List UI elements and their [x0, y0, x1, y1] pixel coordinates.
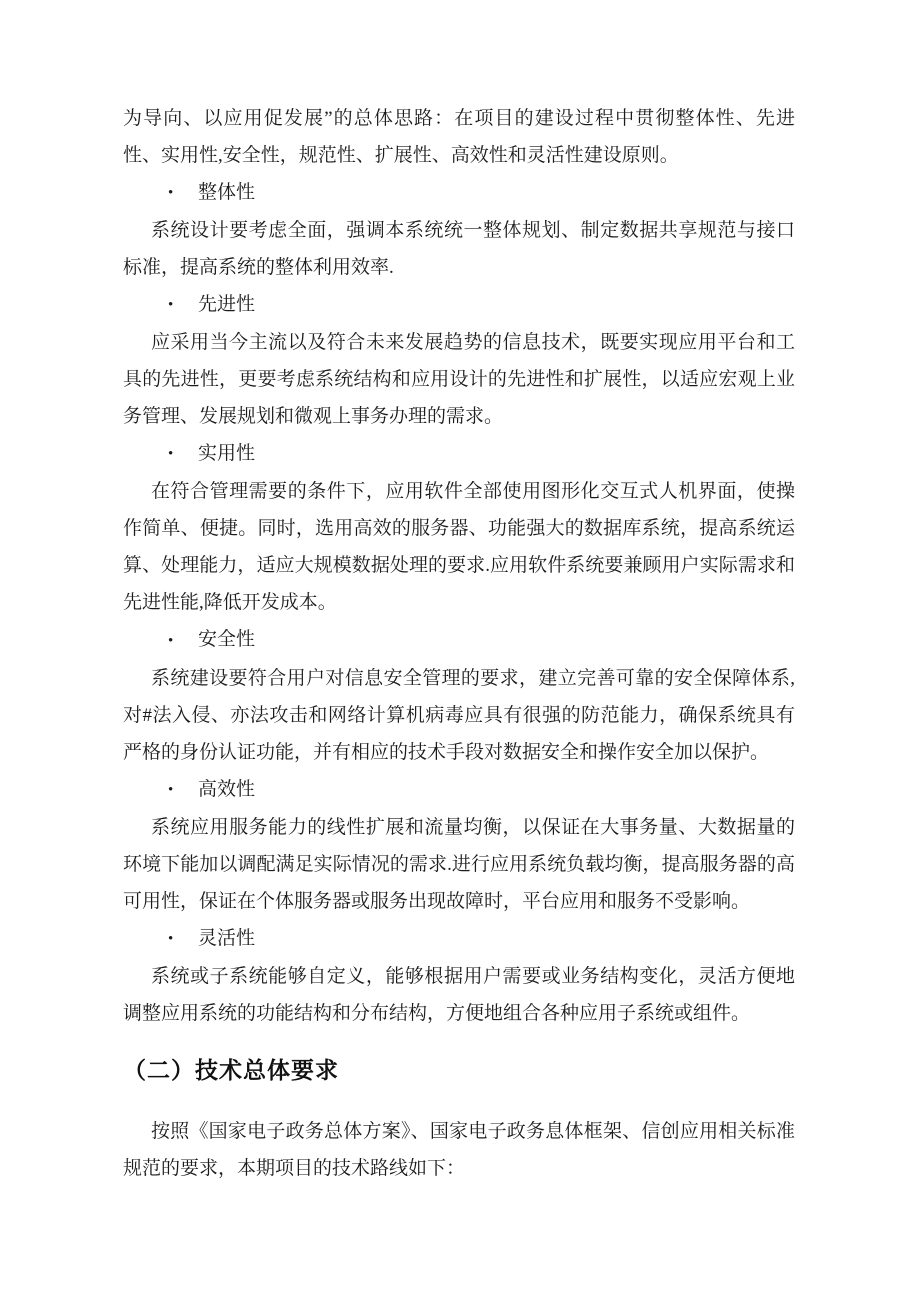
- document-page: 为导向、以应用促发展”的总体思路：在项目的建设过程中贯彻整体性、先进性、实用性,…: [0, 0, 920, 1301]
- paragraph-efficiency: 系统应用服务能力的线性扩展和流量均衡，以保证在大事务量、大数据量的环境下能加以调…: [123, 809, 795, 920]
- bullet-item-flexibility: •灵活性: [123, 920, 795, 958]
- bullet-dot-icon: •: [168, 772, 198, 809]
- bullet-label: 整体性: [198, 182, 255, 203]
- bullet-item-integrity: •整体性: [123, 174, 795, 212]
- section-heading-technical-requirements: （二）技术总体要求: [123, 1052, 795, 1089]
- bullet-label: 安全性: [198, 629, 255, 650]
- bullet-dot-icon: •: [168, 623, 198, 660]
- bullet-dot-icon: •: [168, 921, 198, 958]
- bullet-item-efficiency: •高效性: [123, 771, 795, 809]
- bullet-label: 实用性: [198, 443, 255, 464]
- bullet-label: 灵活性: [198, 928, 255, 949]
- bullet-item-security: •安全性: [123, 621, 795, 659]
- paragraph-flexibility: 系统或子系统能够自定义，能够根据用户需要或业务结构变化，灵活方便地调整应用系统的…: [123, 958, 795, 1032]
- paragraph-security: 系统建设要符合用户对信息安全管理的要求，建立完善可靠的安全保障体系,对#法入侵、…: [123, 660, 795, 771]
- bullet-dot-icon: •: [168, 287, 198, 324]
- bullet-label: 高效性: [198, 779, 255, 800]
- paragraph-integrity: 系统设计要考虑全面，强调本系统统一整体规划、制定数据共享规范与接口标准，提高系统…: [123, 212, 795, 286]
- bullet-dot-icon: •: [168, 436, 198, 473]
- bullet-label: 先进性: [198, 294, 255, 315]
- bullet-dot-icon: •: [168, 175, 198, 212]
- paragraph-principles-intro: 为导向、以应用促发展”的总体思路：在项目的建设过程中贯彻整体性、先进性、实用性,…: [123, 100, 795, 174]
- paragraph-advancement: 应采用当今主流以及符合未来发展趋势的信息技术，既要实现应用平台和工具的先进性，更…: [123, 324, 795, 435]
- bullet-item-practicality: •实用性: [123, 435, 795, 473]
- paragraph-practicality: 在符合管理需要的条件下，应用软件全部使用图形化交互式人机界面，使操作简单、便捷。…: [123, 473, 795, 621]
- paragraph-technical-route: 按照《国家电子政务总体方案》、国家电子政务息体框架、信创应用相关标准规范的要求，…: [123, 1113, 795, 1187]
- bullet-item-advancement: •先进性: [123, 286, 795, 324]
